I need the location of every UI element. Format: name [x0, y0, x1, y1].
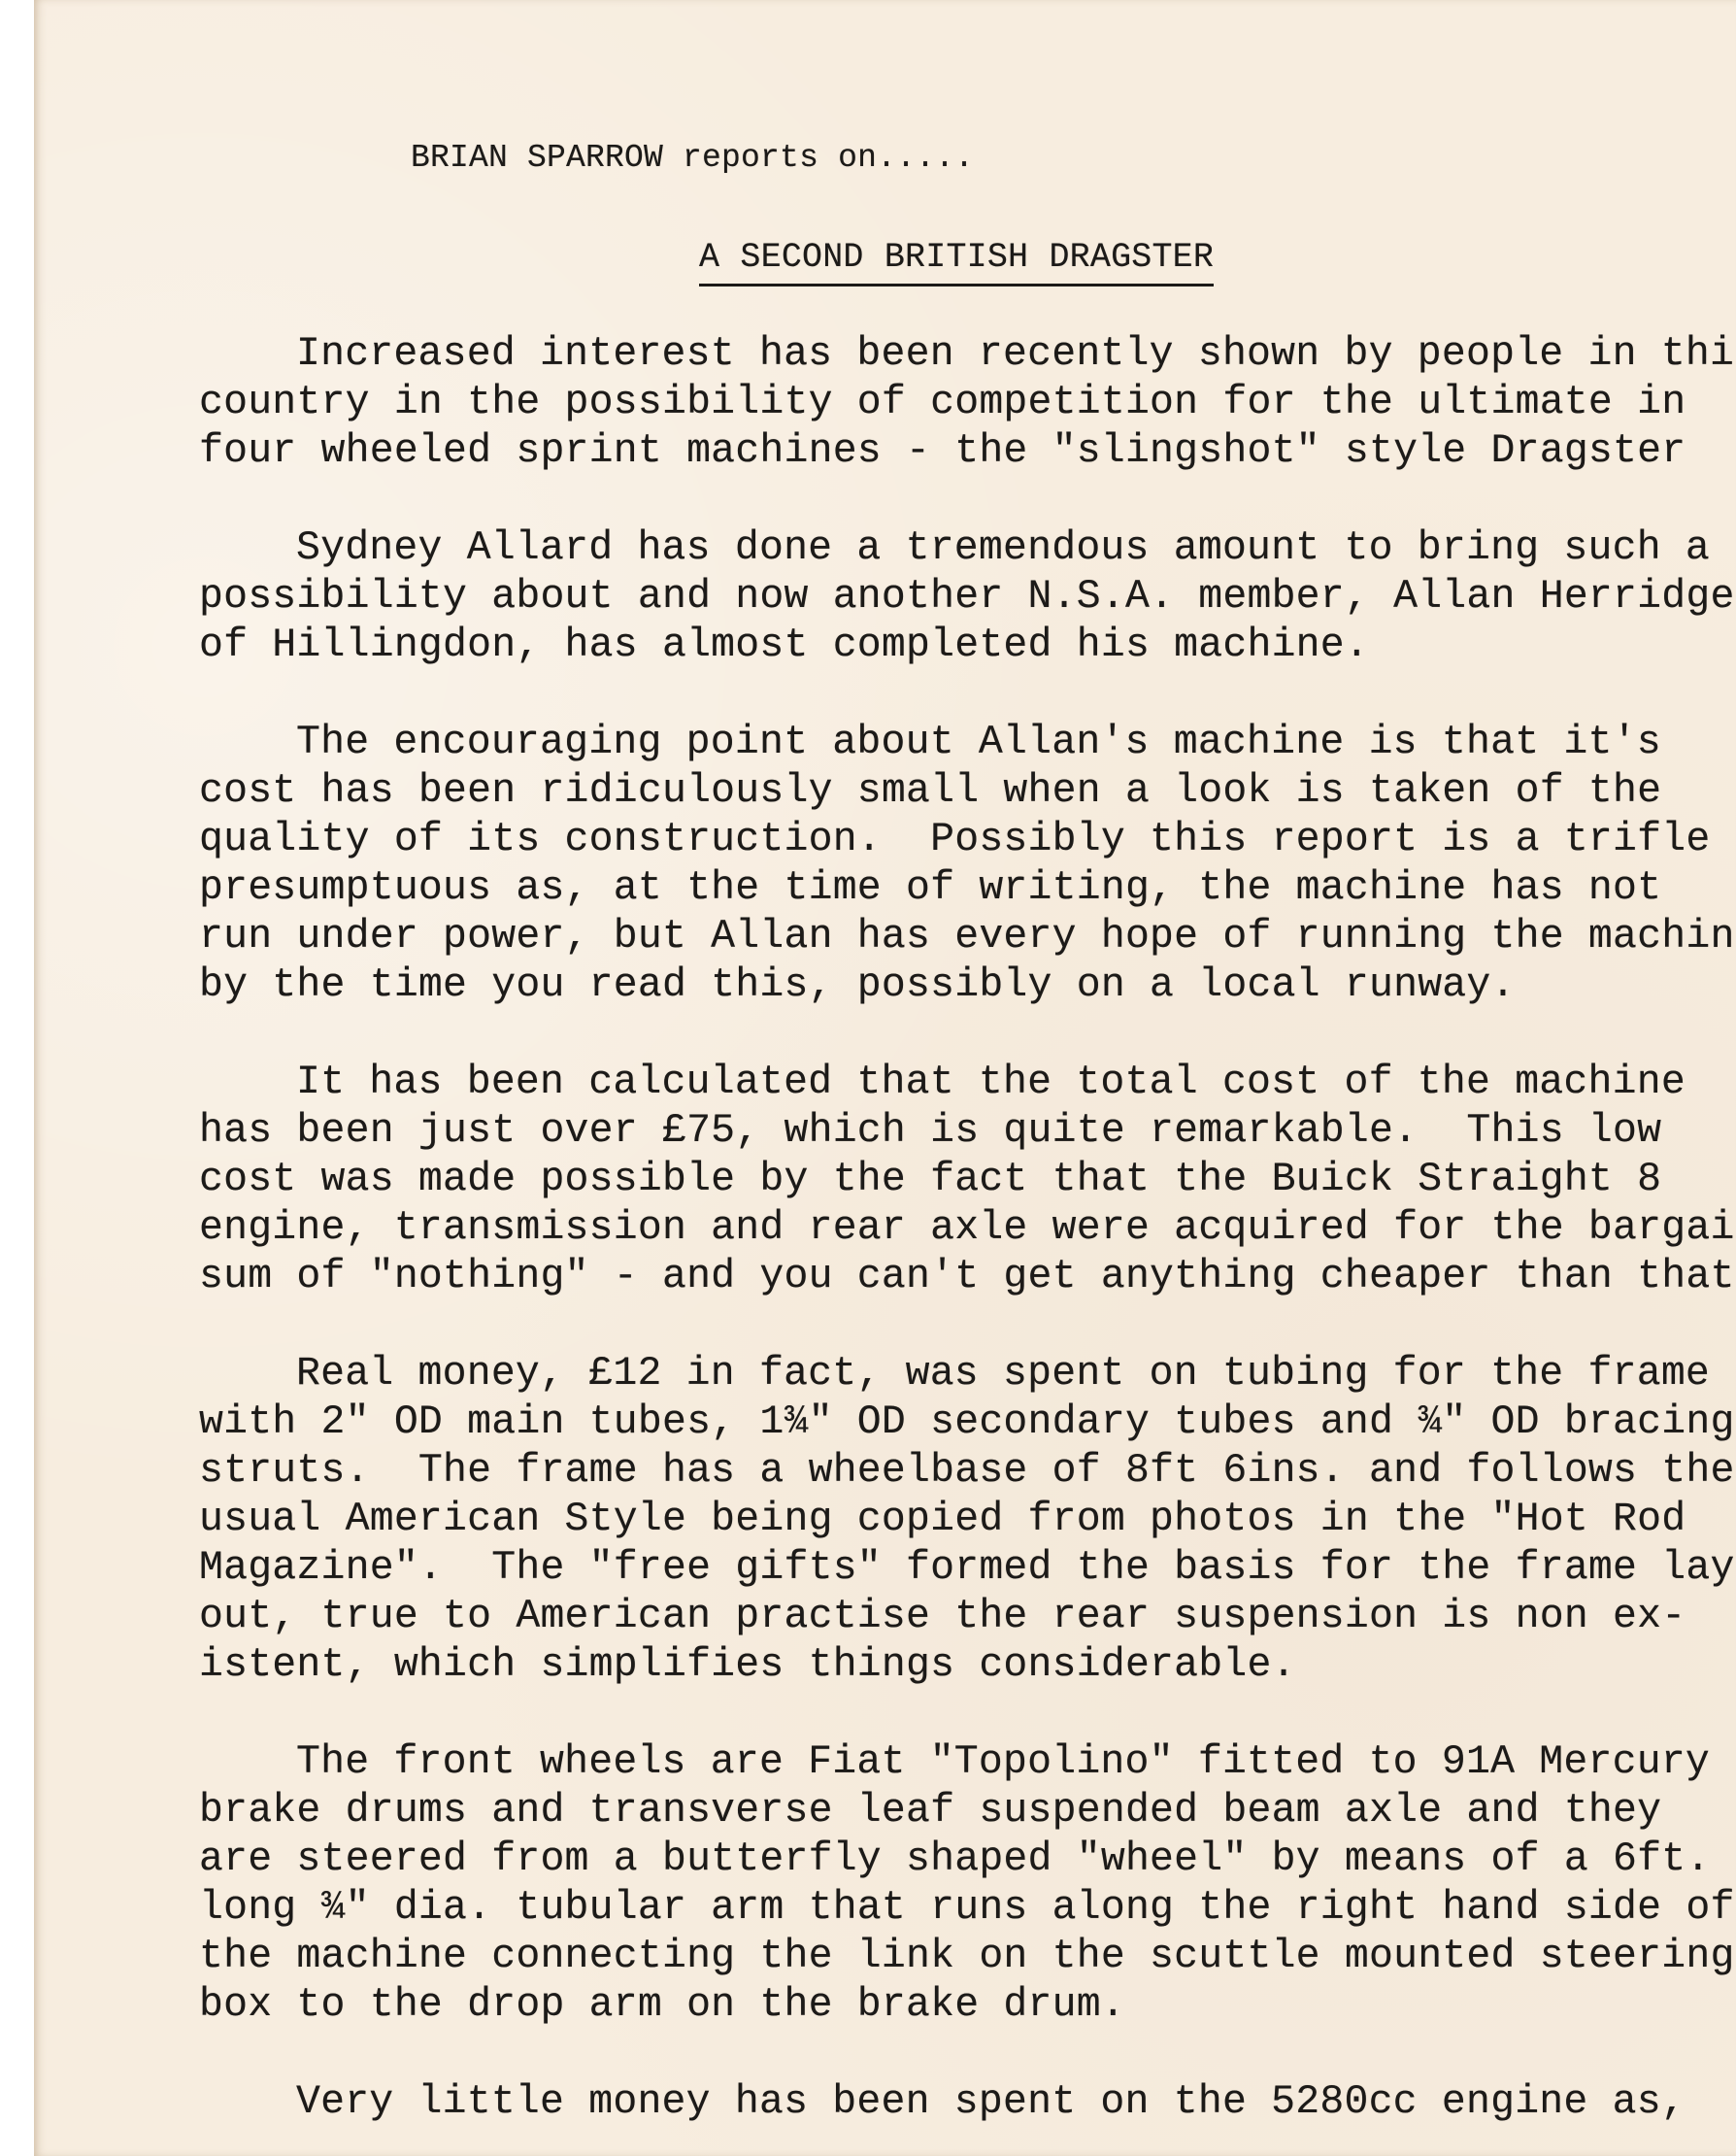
paragraph-line: sum of "nothing" - and you can't get any…: [199, 1253, 1736, 1301]
paragraph-line: the machine connecting the link on the s…: [199, 1933, 1735, 1981]
paragraph-line: of Hillingdon, has almost completed his …: [199, 622, 1369, 670]
paragraph-line: quality of its construction. Possibly th…: [199, 816, 1710, 864]
paragraph-first-line: Very little money has been spent on the …: [296, 2078, 1686, 2127]
document-page: BRIAN SPARROW reports on..... A SECOND B…: [34, 0, 1736, 2156]
paragraph-line: Magazine". The "free gifts" formed the b…: [199, 1544, 1735, 1593]
paragraph-first-line: It has been calculated that the total co…: [296, 1059, 1686, 1107]
paragraph-first-line: The encouraging point about Allan's mach…: [296, 719, 1661, 767]
headline: A SECOND BRITISH DRAGSTER: [699, 233, 1214, 286]
paragraph-line: country in the possibility of competitio…: [199, 379, 1686, 427]
paragraph-line: brake drums and transverse leaf suspende…: [199, 1787, 1661, 1836]
paragraph-first-line: Increased interest has been recently sho…: [296, 330, 1734, 379]
paragraph-line: cost has been ridiculously small when a …: [199, 767, 1661, 816]
paragraph-line: run under power, but Allan has every hop…: [199, 913, 1736, 961]
paragraph-first-line: Sydney Allard has done a tremendous amou…: [296, 524, 1710, 573]
paragraph-line: istent, which simplifies things consider…: [199, 1641, 1296, 1690]
paragraph-line: box to the drop arm on the brake drum.: [199, 1981, 1125, 2030]
paragraph-line: with 2" OD main tubes, 1¾" OD secondary …: [199, 1398, 1735, 1447]
paragraph-line: engine, transmission and rear axle were …: [199, 1204, 1736, 1253]
paragraph-line: cost was made possible by the fact that …: [199, 1156, 1661, 1204]
paragraph-first-line: The front wheels are Fiat "Topolino" fit…: [296, 1738, 1710, 1787]
paragraph-first-line: Real money, £12 in fact, was spent on tu…: [296, 1350, 1710, 1398]
paragraph-line: four wheeled sprint machines - the "slin…: [199, 427, 1686, 476]
paragraph-line: struts. The frame has a wheelbase of 8ft…: [199, 1447, 1735, 1496]
paragraph-line: presumptuous as, at the time of writing,…: [199, 864, 1661, 913]
byline: BRIAN SPARROW reports on.....: [411, 134, 974, 183]
paragraph-line: long ¾" dia. tubular arm that runs along…: [199, 1884, 1735, 1933]
paragraph-line: are steered from a butterfly shaped "whe…: [199, 1836, 1710, 1884]
paragraph-line: usual American Style being copied from p…: [199, 1496, 1686, 1544]
paragraph-line: has been just over £75, which is quite r…: [199, 1107, 1661, 1156]
paragraph-line: by the time you read this, possibly on a…: [199, 961, 1516, 1010]
paragraph-line: out, true to American practise the rear …: [199, 1593, 1686, 1641]
paragraph-line: possibility about and now another N.S.A.…: [199, 573, 1735, 622]
